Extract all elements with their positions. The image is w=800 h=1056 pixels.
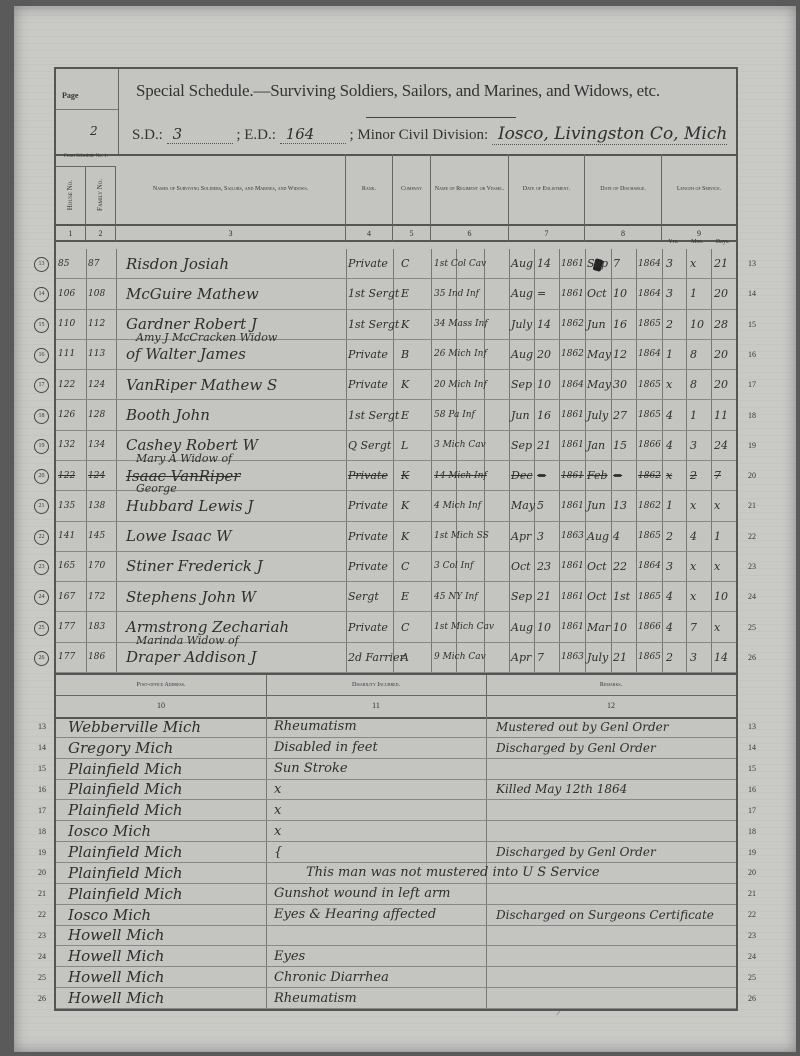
enlist-year: 1861 <box>561 279 585 308</box>
service-yrs: 3 <box>666 249 686 278</box>
remarks <box>496 759 736 779</box>
line-number: 26 <box>38 994 46 1003</box>
line-number: 22 <box>38 910 46 919</box>
discharge-day: 16 <box>613 310 635 339</box>
remarks <box>496 967 736 987</box>
remarks: Discharged by Genl Order <box>496 842 736 862</box>
regiment: 58 Pa Inf <box>434 400 508 429</box>
colnum-3: 3 <box>116 224 346 242</box>
service-yrs: 2 <box>666 643 686 672</box>
service-days: 11 <box>714 400 736 429</box>
name-annotation: George <box>136 482 177 495</box>
house-no: 167 <box>58 582 86 611</box>
table-row: Howell MichEyes2424 <box>56 946 736 967</box>
service-days: x <box>714 552 736 581</box>
table-row: Plainfield MichThis man was not mustered… <box>56 863 736 884</box>
house-no: 177 <box>58 643 86 672</box>
service-days: 28 <box>714 310 736 339</box>
house-no: 85 <box>58 249 86 278</box>
discharge-month: Jun <box>587 491 611 520</box>
service-mos: x <box>690 249 710 278</box>
service-mos: 8 <box>690 340 710 369</box>
form-header: Page 2 Special Schedule.—Surviving Soldi… <box>56 69 736 156</box>
soldier-name: Lowe Isaac W <box>126 522 341 551</box>
enlist-day: 14 <box>537 249 559 278</box>
name-annotation: Mary A Widow of <box>136 452 232 465</box>
enlist-year: 1861 <box>561 461 585 490</box>
discharge-year: 1864 <box>638 249 662 278</box>
table-row: Webberville MichRheumatismMustered out b… <box>56 717 736 738</box>
line-number-circle: 22 <box>34 530 49 545</box>
line-number: 16 <box>38 785 46 794</box>
post-office-address: Iosco Mich <box>68 821 263 841</box>
table-row: Plainfield MichGunshot wound in left arm… <box>56 884 736 905</box>
service-mos: 7 <box>690 612 710 641</box>
discharge-year: 1866 <box>638 612 662 641</box>
enlist-month: Jun <box>511 400 535 429</box>
line-number: 19 <box>748 848 756 857</box>
line-number: 24 <box>748 592 756 601</box>
service-yrs: 4 <box>666 582 686 611</box>
post-office-address: Plainfield Mich <box>68 842 263 862</box>
line-number-circle: 15 <box>34 318 49 333</box>
table-row: Plainfield MichxKilled May 12th 18641616 <box>56 780 736 801</box>
rank: 1st Sergt <box>348 400 393 429</box>
company: A <box>401 643 431 672</box>
house-no: 141 <box>58 522 86 551</box>
enlist-day: = <box>537 279 559 308</box>
discharge-day: 12 <box>613 340 635 369</box>
soldier-name: Draper Addison J <box>126 643 341 672</box>
table-row: Iosco Michx1818 <box>56 821 736 842</box>
company: C <box>401 612 431 641</box>
service-yrs: 2 <box>666 310 686 339</box>
soldier-name: Booth John <box>126 400 341 429</box>
discharge-year: 1866 <box>638 431 662 460</box>
line-number-circle: 17 <box>34 378 49 393</box>
line-number: 25 <box>748 623 756 632</box>
discharge-month: May <box>587 370 611 399</box>
line-number: 16 <box>748 785 756 794</box>
enlist-year: 1863 <box>561 522 585 551</box>
table-row: Howell MichRheumatism2626 <box>56 988 736 1009</box>
rank: Private <box>348 370 393 399</box>
discharge-year: 1865 <box>638 522 662 551</box>
table-row: Iosco MichEyes & Hearing affectedDischar… <box>56 905 736 926</box>
discharge-day: 13 <box>613 491 635 520</box>
house-no-header: House No. <box>56 166 86 224</box>
soldier-name: Stiner Frederick J <box>126 552 341 581</box>
house-no: 111 <box>58 340 86 369</box>
rank: Private <box>348 340 393 369</box>
mcd-label: ; Minor Civil Division: <box>349 127 488 143</box>
soldier-name: McGuire Mathew <box>126 279 341 308</box>
line-number: 17 <box>748 380 756 389</box>
table-row: 126128Booth John1st SergtE58 Pa InfJun16… <box>56 400 736 430</box>
colnum-10: 10 <box>56 695 267 719</box>
discharge-year: 1865 <box>638 310 662 339</box>
house-no: 165 <box>58 552 86 581</box>
regiment-header: Name of Regiment or Vessel. <box>431 154 509 224</box>
name-annotation: Marinda Widow of <box>136 634 239 647</box>
colnum-8: 8 <box>585 224 662 242</box>
remarks <box>496 884 736 904</box>
enlist-month: July <box>511 310 535 339</box>
discharge-month: July <box>587 400 611 429</box>
line-number-circle: 24 <box>34 590 49 605</box>
remarks <box>496 863 736 883</box>
service-mos: 3 <box>690 431 710 460</box>
enlist-day: 10 <box>537 370 559 399</box>
family-no: 113 <box>88 340 116 369</box>
line-number: 26 <box>748 994 756 1003</box>
enlist-year: 1862 <box>561 340 585 369</box>
rank-header: Rank. <box>346 154 393 224</box>
service-mos: 4 <box>690 522 710 551</box>
line-number-circle: 14 <box>34 287 49 302</box>
remarks <box>496 988 736 1008</box>
enlist-year: 1861 <box>561 249 585 278</box>
service-days: 20 <box>714 370 736 399</box>
line-number: 24 <box>748 952 756 961</box>
rank: Private <box>348 461 393 490</box>
disability-header: Disability Incurred. <box>266 675 487 696</box>
enlist-year: 1863 <box>561 643 585 672</box>
enlist-day: 16 <box>537 400 559 429</box>
house-no: 177 <box>58 612 86 641</box>
enlistment-header: Date of Enlistment. <box>509 154 585 224</box>
table-row: Plainfield MichSun Stroke1515 <box>56 759 736 780</box>
table-row: 135138Hubbard Lewis JPrivateK4 Mich InfM… <box>56 491 736 521</box>
regiment: 26 Mich Inf <box>434 340 508 369</box>
service-mos: x <box>690 582 710 611</box>
line-number: 20 <box>748 868 756 877</box>
rank: Sergt <box>348 582 393 611</box>
enlist-day: 10 <box>537 612 559 641</box>
service-mos: 2 <box>690 461 710 490</box>
service-days: 20 <box>714 279 736 308</box>
enlist-year: 1861 <box>561 612 585 641</box>
soldier-name: VanRiper Mathew S <box>126 370 341 399</box>
house-no: 122 <box>58 370 86 399</box>
service-days: 20 <box>714 340 736 369</box>
rank: 1st Sergt <box>348 310 393 339</box>
discharge-year: 1862 <box>638 461 662 490</box>
discharge-day: = <box>613 461 635 490</box>
line-number: 14 <box>748 743 756 752</box>
enlist-day: 21 <box>537 582 559 611</box>
ed-label: ; E.D.: <box>236 127 276 143</box>
colnum-2: 2 <box>86 224 116 242</box>
service-yrs: x <box>666 461 686 490</box>
line-number-circle: 18 <box>34 409 49 424</box>
colnum-1: 1 <box>56 224 86 242</box>
table-row: 141145Lowe Isaac WPrivateK1st Mich SSApr… <box>56 522 736 552</box>
soldier-name: Risdon Josiah <box>126 249 341 278</box>
page-number: 2 <box>90 124 98 138</box>
rank: 1st Sergt <box>348 279 393 308</box>
company: K <box>401 310 431 339</box>
table-row: Gregory MichDisabled in feetDischarged b… <box>56 738 736 759</box>
discharge-year: 1865 <box>638 643 662 672</box>
regiment: 3 Col Inf <box>434 552 508 581</box>
remarks <box>496 926 736 946</box>
service-days: 10 <box>714 582 736 611</box>
discharge-month: Oct <box>587 279 611 308</box>
discharge-day: 7 <box>613 249 635 278</box>
family-no: 87 <box>88 249 116 278</box>
length-header: Length of Service. <box>662 154 736 224</box>
table-row: Howell MichChronic Diarrhea2525 <box>56 967 736 988</box>
line-number: 15 <box>38 764 46 773</box>
post-office-address: Iosco Mich <box>68 905 263 925</box>
enlist-year: 1864 <box>561 370 585 399</box>
family-no: 108 <box>88 279 116 308</box>
company: K <box>401 491 431 520</box>
enlist-month: Aug <box>511 249 535 278</box>
company: E <box>401 279 431 308</box>
discharge-month: July <box>587 643 611 672</box>
enlist-day: 23 <box>537 552 559 581</box>
post-office-address: Plainfield Mich <box>68 884 263 904</box>
family-no: 112 <box>88 310 116 339</box>
discharge-year: 1864 <box>638 340 662 369</box>
house-no: 122 <box>58 461 86 490</box>
line-number: 19 <box>748 441 756 450</box>
name-annotation: Amy J McCracken Widow <box>136 331 277 344</box>
discharge-month: Oct <box>587 552 611 581</box>
enlist-day: 20 <box>537 340 559 369</box>
enlist-year: 1861 <box>561 552 585 581</box>
discharge-month: Jun <box>587 310 611 339</box>
line-number: 17 <box>748 806 756 815</box>
discharge-day: 10 <box>613 612 635 641</box>
census-page: Page 2 Special Schedule.—Surviving Soldi… <box>14 6 796 1052</box>
special-schedule-form: Page 2 Special Schedule.—Surviving Soldi… <box>54 67 738 1011</box>
ed-value: 164 <box>280 125 346 144</box>
enlist-year: 1861 <box>561 491 585 520</box>
table-row: Howell Mich2323 <box>56 926 736 947</box>
discharge-year: 1865 <box>638 370 662 399</box>
enlist-month: Apr <box>511 522 535 551</box>
line-number-circle: 13 <box>34 257 49 272</box>
line-number: 18 <box>748 411 756 420</box>
line-number-circle: 16 <box>34 348 49 363</box>
discharge-day: 22 <box>613 552 635 581</box>
discharge-day: 15 <box>613 431 635 460</box>
rank: Q Sergt <box>348 431 393 460</box>
colnum-11: 11 <box>266 695 487 719</box>
rank: Private <box>348 552 393 581</box>
service-mos: 3 <box>690 643 710 672</box>
line-number: 22 <box>748 910 756 919</box>
company: K <box>401 370 431 399</box>
enlist-day: 14 <box>537 310 559 339</box>
page-label: Page <box>62 91 78 100</box>
enlist-month: Aug <box>511 340 535 369</box>
line-number: 23 <box>748 562 756 571</box>
post-office-address: Howell Mich <box>68 926 263 946</box>
company: L <box>401 431 431 460</box>
table-row: 165170Stiner Frederick JPrivateC3 Col In… <box>56 552 736 582</box>
post-office-address: Plainfield Mich <box>68 800 263 820</box>
discharge-year: 1864 <box>638 279 662 308</box>
remarks <box>496 946 736 966</box>
line-number: 18 <box>748 827 756 836</box>
service-days: x <box>714 491 736 520</box>
discharge-day: 10 <box>613 279 635 308</box>
line-number: 21 <box>38 889 46 898</box>
family-no: 128 <box>88 400 116 429</box>
enlist-year: 1861 <box>561 431 585 460</box>
names-header: Names of Surviving Soldiers, Sailors, an… <box>116 154 346 224</box>
service-days: x <box>714 612 736 641</box>
district-info: S.D.: 3 ; E.D.: 164 ; Minor Civil Divisi… <box>132 124 727 145</box>
colnum-7: 7 <box>509 224 585 242</box>
line-number-circle: 21 <box>34 499 49 514</box>
table-row: Plainfield Mich{Discharged by Genl Order… <box>56 842 736 863</box>
regiment: 14 Mich Inf <box>434 461 508 490</box>
enlist-month: Sep <box>511 431 535 460</box>
post-office-address: Howell Mich <box>68 946 263 966</box>
enlist-day: 3 <box>537 522 559 551</box>
family-no-header: Family No. <box>86 166 116 224</box>
service-yrs: 4 <box>666 400 686 429</box>
family-no: 138 <box>88 491 116 520</box>
family-no: 183 <box>88 612 116 641</box>
house-no: 106 <box>58 279 86 308</box>
enlist-day: 5 <box>537 491 559 520</box>
company: E <box>401 400 431 429</box>
line-number: 24 <box>38 952 46 961</box>
lower-table-body: Webberville MichRheumatismMustered out b… <box>56 717 736 1009</box>
discharge-year: 1865 <box>638 400 662 429</box>
service-days: 1 <box>714 522 736 551</box>
family-no: 186 <box>88 643 116 672</box>
enlist-month: May <box>511 491 535 520</box>
discharge-year: 1864 <box>638 552 662 581</box>
post-office-address: Plainfield Mich <box>68 780 263 800</box>
line-number: 14 <box>38 743 46 752</box>
table-row: 8587Risdon JosiahPrivateC1st Col CavAug1… <box>56 249 736 279</box>
table-row: 167172Stephens John WSergtE45 NY InfSep2… <box>56 582 736 612</box>
regiment: 1st Mich Cav <box>434 612 508 641</box>
service-mos: x <box>690 552 710 581</box>
page-box: Page 2 <box>56 69 119 154</box>
soldier-name: Hubbard Lewis J <box>126 491 341 520</box>
line-number: 17 <box>38 806 46 815</box>
company: C <box>401 249 431 278</box>
service-yrs: 1 <box>666 340 686 369</box>
lower-header: Post-office Address. Disability Incurred… <box>56 673 736 719</box>
line-number: 21 <box>748 501 756 510</box>
service-yrs: 4 <box>666 612 686 641</box>
table-row: 122124VanRiper Mathew SPrivateK20 Mich I… <box>56 370 736 400</box>
regiment: 9 Mich Cav <box>434 643 508 672</box>
service-days: 7 <box>714 461 736 490</box>
discharge-month: Mar <box>587 612 611 641</box>
table-row: 111113of Walter JamesPrivateB26 Mich Inf… <box>56 340 736 370</box>
discharge-month: Aug <box>587 522 611 551</box>
remarks-header: Remarks. <box>486 675 736 696</box>
service-yrs: x <box>666 370 686 399</box>
house-no: 126 <box>58 400 86 429</box>
line-number: 14 <box>748 289 756 298</box>
discharge-month: Sep <box>587 249 611 278</box>
company: K <box>401 522 431 551</box>
remarks: Discharged on Surgeons Certificate <box>496 905 736 925</box>
service-days: 14 <box>714 643 736 672</box>
colnum-6: 6 <box>431 224 509 242</box>
enlist-year: 1861 <box>561 582 585 611</box>
line-number: 18 <box>38 827 46 836</box>
enlist-day: = <box>537 461 559 490</box>
family-no: 145 <box>88 522 116 551</box>
service-mos: 1 <box>690 279 710 308</box>
post-office-address: Plainfield Mich <box>68 863 263 883</box>
rank: Private <box>348 522 393 551</box>
service-yrs: 3 <box>666 279 686 308</box>
line-number: 20 <box>748 471 756 480</box>
address-header: Post-office Address. <box>56 675 267 696</box>
regiment: 1st Col Cav <box>434 249 508 278</box>
line-number: 26 <box>748 653 756 662</box>
line-number-circle: 23 <box>34 560 49 575</box>
enlist-month: Aug <box>511 612 535 641</box>
enlist-month: Sep <box>511 370 535 399</box>
colnum-4: 4 <box>346 224 393 242</box>
line-number: 20 <box>38 868 46 877</box>
post-office-address: Howell Mich <box>68 967 263 987</box>
discharge-day: 27 <box>613 400 635 429</box>
post-office-address: Howell Mich <box>68 988 263 1008</box>
enlist-year: 1862 <box>561 310 585 339</box>
family-no: 134 <box>88 431 116 460</box>
regiment: 1st Mich SS <box>434 522 508 551</box>
family-no: 124 <box>88 370 116 399</box>
service-yrs: 2 <box>666 522 686 551</box>
colnum-12: 12 <box>486 695 736 719</box>
enlist-month: Dec <box>511 461 535 490</box>
regiment: 20 Mich Inf <box>434 370 508 399</box>
sd-label: S.D.: <box>132 127 163 143</box>
line-number-circle: 20 <box>34 469 49 484</box>
discharge-month: Oct <box>587 582 611 611</box>
line-number: 19 <box>38 848 46 857</box>
page-title: Special Schedule.—Surviving Soldiers, Sa… <box>136 81 660 101</box>
line-number: 23 <box>748 931 756 940</box>
regiment: 4 Mich Inf <box>434 491 508 520</box>
remarks <box>496 821 736 841</box>
line-number: 13 <box>748 722 756 731</box>
regiment: 45 NY Inf <box>434 582 508 611</box>
post-office-address: Webberville Mich <box>68 717 263 737</box>
line-number: 15 <box>748 320 756 329</box>
enlist-day: 7 <box>537 643 559 672</box>
service-mos: 1 <box>690 400 710 429</box>
rank: Private <box>348 491 393 520</box>
remarks: Killed May 12th 1864 <box>496 780 736 800</box>
discharge-header: Date of Discharge. <box>585 154 662 224</box>
table-row: 177186Draper Addison J2d FarrierA9 Mich … <box>56 643 736 673</box>
mcd-value: Iosco, Livingston Co, Mich <box>492 124 727 145</box>
discharge-month: May <box>587 340 611 369</box>
service-yrs: 3 <box>666 552 686 581</box>
discharge-month: Feb <box>587 461 611 490</box>
family-no: 170 <box>88 552 116 581</box>
company: B <box>401 340 431 369</box>
post-office-address: Plainfield Mich <box>68 759 263 779</box>
